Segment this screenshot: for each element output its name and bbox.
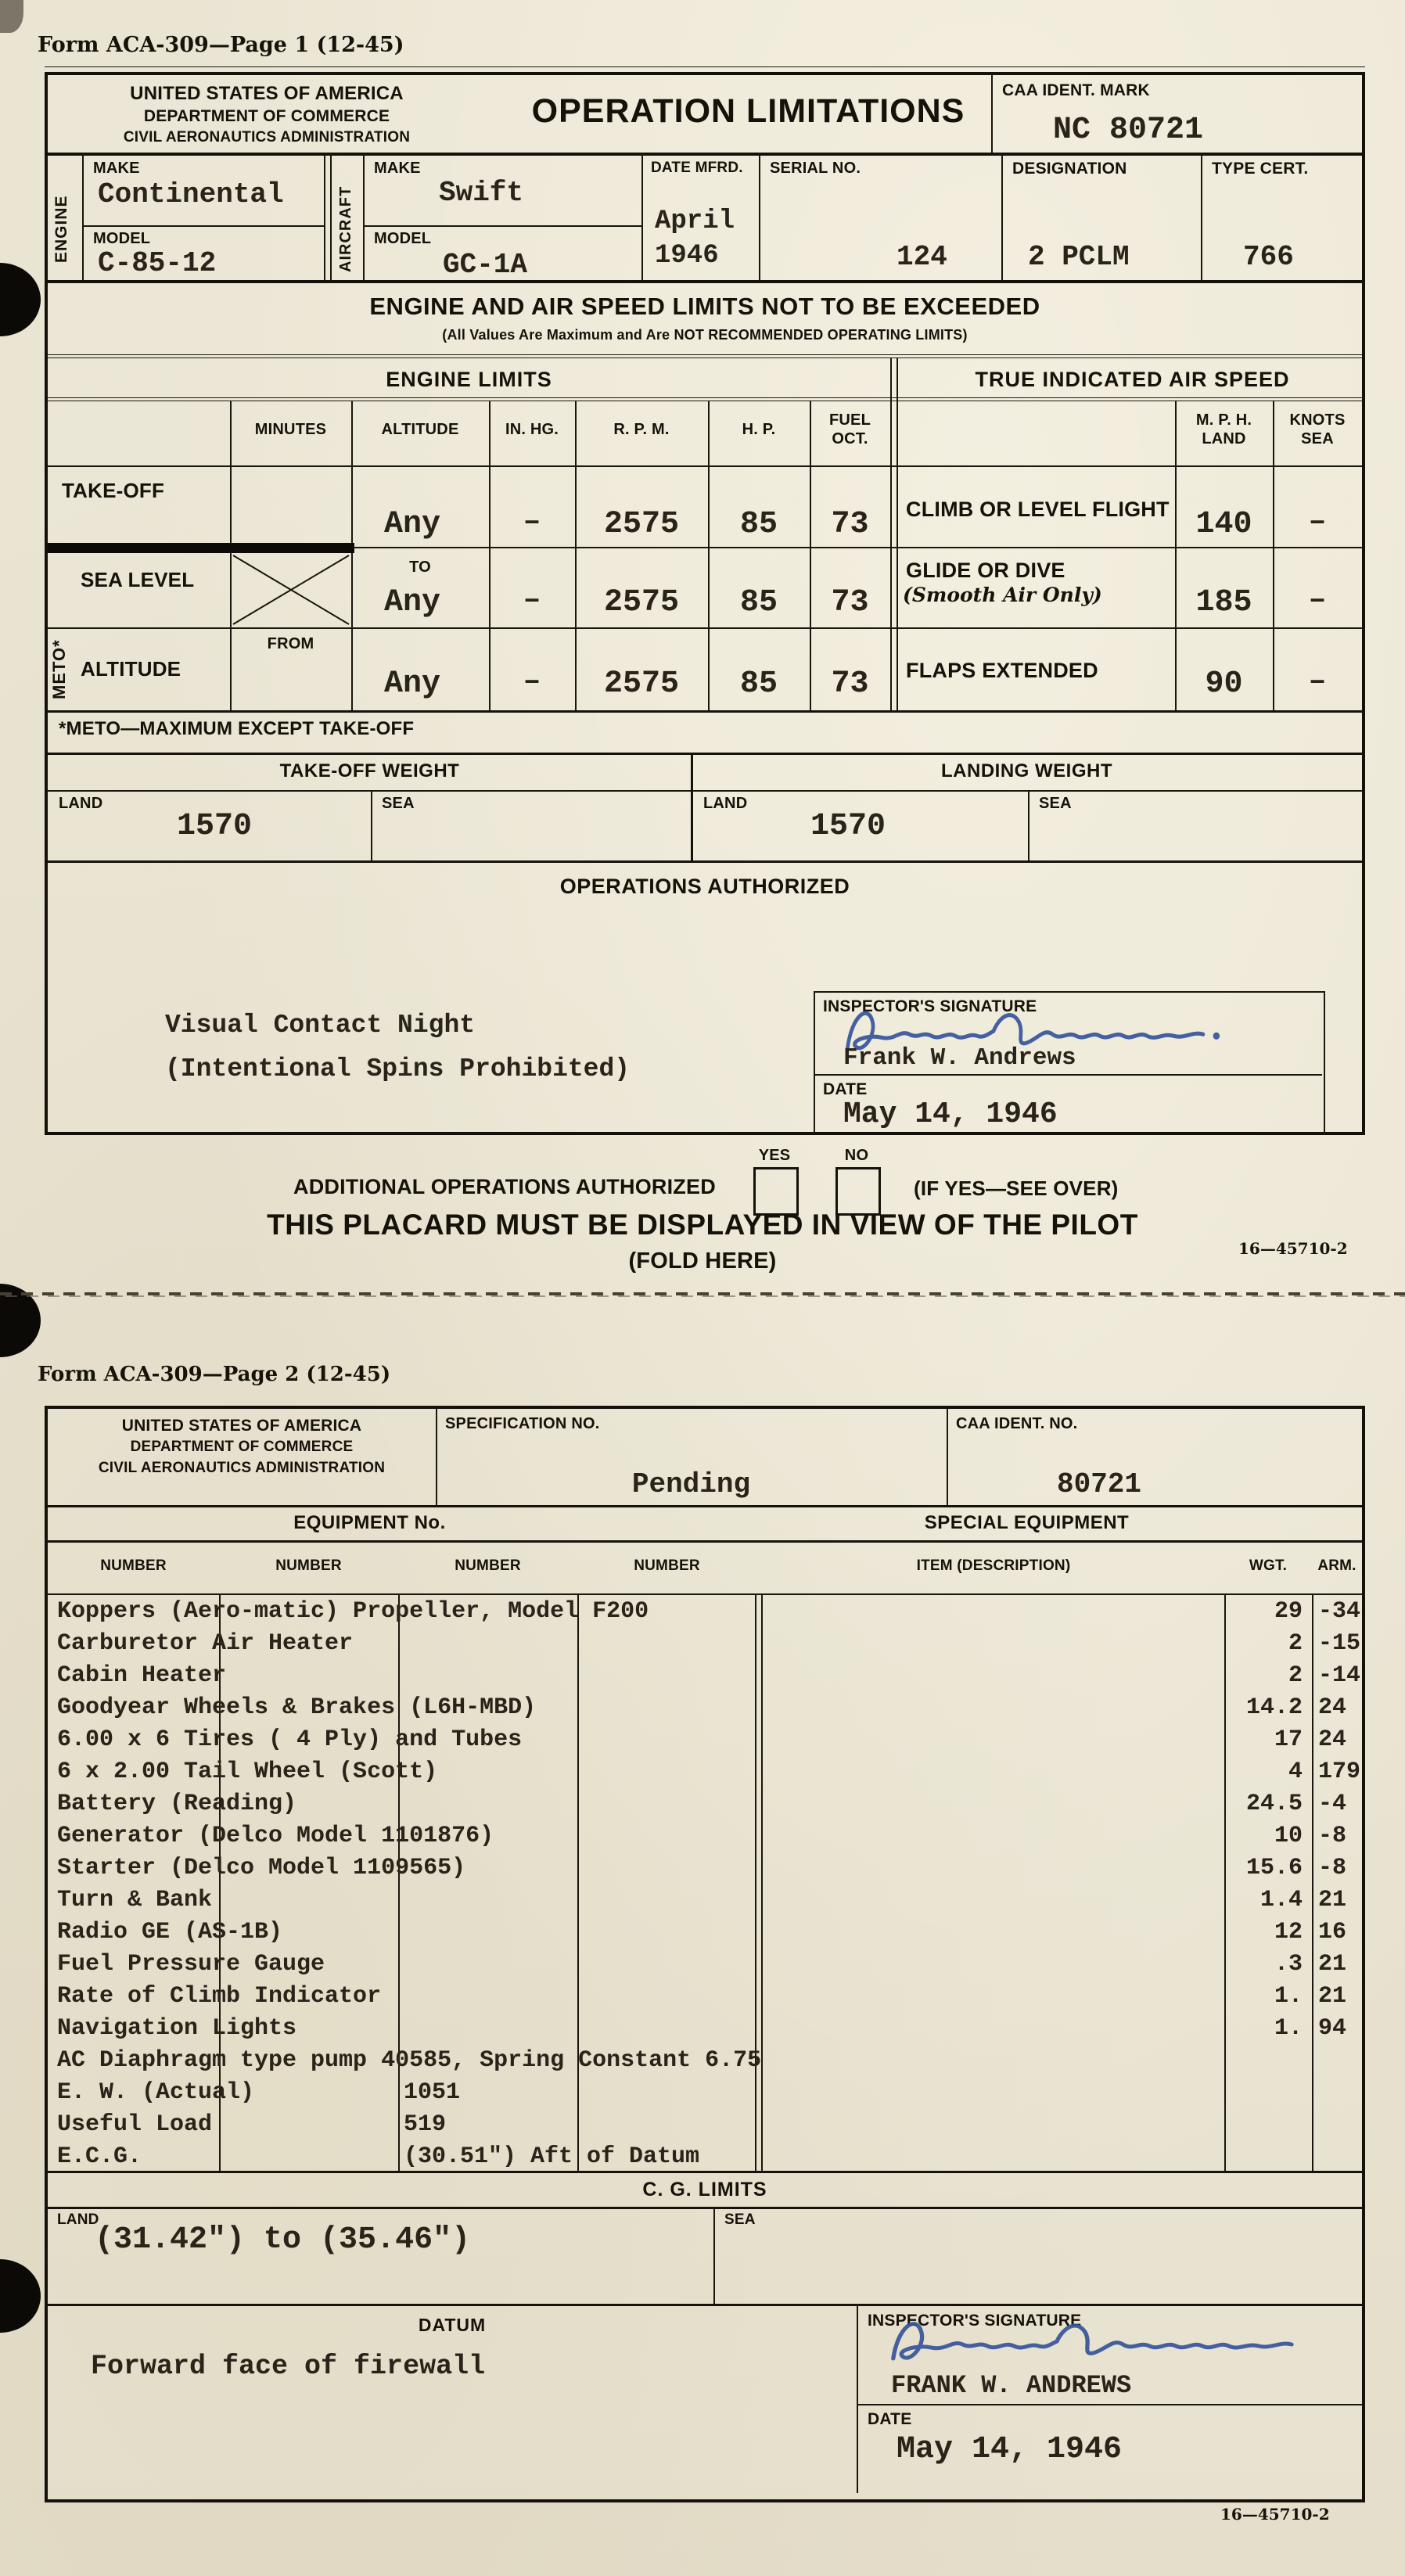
specification-value: Pending [436,1468,947,1500]
col-altitude: ALTITUDE [351,421,489,439]
page2-form-box: UNITED STATES OF AMERICA DEPARTMENT OF C… [45,1406,1365,2502]
sea-level-alt-prefix: TO [351,559,489,577]
rule-line [48,860,1362,863]
date-mfrd-label: DATE MFRD. [651,160,743,177]
meto-note: *METO—MAXIMUM EXCEPT TAKE-OFF [59,718,414,740]
agency-line1: UNITED STATES OF AMERICA [48,83,486,105]
equipment-arm: 94 [1318,2015,1346,2042]
glide-mph: 185 [1175,585,1273,620]
date-value: May 14, 1946 [897,2432,1122,2467]
sea-level-rpm: 2575 [575,585,708,620]
equipment-item: Turn & Bank [57,1887,212,1913]
rule-line [713,2207,715,2304]
caa-ident-no-value: 80721 [1057,1468,1141,1500]
equipment-arm: 16 [1318,1919,1346,1945]
sea-level-altitude: Any [384,585,440,620]
equipment-row: Cabin Heater 2 -14 [48,1659,1362,1691]
equipment-no-header: EQUIPMENT No. [48,1512,692,1534]
rule-line [48,354,1362,355]
equipment-arm: -14 [1318,1662,1360,1689]
caa-ident-mark-value: NC 80721 [1053,113,1203,148]
takeoff-altitude: Any [384,507,440,542]
equipment-wgt: 1. [1224,1983,1303,2010]
landing-land-label: LAND [703,795,747,813]
equipment-wgt: 1. [1224,2015,1303,2042]
glide-sublabel: (Smooth Air Only) [903,584,1102,606]
equipment-item: Koppers (Aero-matic) Propeller, Model F2… [57,1598,649,1625]
equipment-item: E. W. (Actual) [57,2079,254,2106]
col-mph-line2: LAND [1175,430,1273,448]
equipment-item: Starter (Delco Model 1109565) [57,1855,465,1881]
equipment-row: Koppers (Aero-matic) Propeller, Model F2… [48,1595,1362,1627]
equipment-item: 6 x 2.00 Tail Wheel (Scott) [57,1759,437,1785]
row-sea-level-label: SEA LEVEL [81,568,194,592]
inspector-name-typed: FRANK W. ANDREWS [891,2371,1131,2400]
equipment-arm: 24 [1318,1726,1346,1753]
date-mfrd-value-line2: 1946 [655,241,719,271]
rule-line [48,1505,1362,1507]
datum-value: Forward face of firewall [91,2351,485,2382]
rule-line [48,753,1362,755]
agency-line1: UNITED STATES OF AMERICA [48,1417,436,1435]
sea-level-fuel-oct: 73 [810,585,890,620]
caa-ident-mark-label: CAA IDENT. MARK [1002,81,1150,100]
takeoff-land-label: LAND [59,795,102,813]
climb-mph: 140 [1175,507,1273,542]
aircraft-section-label: AIRCRAFT [337,163,355,272]
number-col-header-4: NUMBER [577,1557,756,1575]
rule-line [1175,401,1177,710]
rule-line [890,357,892,710]
cg-land-label: LAND [57,2211,99,2229]
date-label: DATE [868,2410,911,2429]
item-description-header: ITEM (DESCRIPTION) [763,1557,1224,1575]
equipment-item: Goodyear Wheels & Brakes (L6H-MBD) [57,1694,536,1721]
equipment-arm: 179 [1318,1759,1360,1785]
inspector-signature-box: INSPECTOR'S SIGNATURE Frank W. Andrews D… [814,991,1325,1134]
rule-line [815,1074,1322,1076]
limits-subtitle: (All Values Are Maximum and Are NOT RECO… [48,327,1362,343]
cg-land-value: (31.42") to (35.46") [95,2222,470,2258]
date-label: DATE [823,1080,867,1099]
designation-value: 2 PCLM [1028,241,1130,273]
altitude-minutes: FROM [230,635,351,653]
equipment-wgt: 4 [1224,1759,1303,1785]
equipment-item: AC Diaphragm type pump 40585, Spring Con… [57,2047,761,2074]
rule-line [575,401,577,710]
equipment-item: Cabin Heater [57,1662,226,1689]
equipment-row: Navigation Lights 1. 94 [48,2012,1362,2044]
engine-make-label: MAKE [93,160,140,178]
special-equipment-header: SPECIAL EQUIPMENT [692,1512,1362,1534]
col-fuel-line2: OCT. [810,430,890,448]
takeoff-weight-header: TAKE-OFF WEIGHT [48,760,692,782]
equipment-wgt: 10 [1224,1823,1303,1849]
specification-label: SPECIFICATION NO. [445,1415,599,1433]
operations-header: OPERATIONS AUTHORIZED [48,875,1362,899]
rule-line [48,627,1362,629]
equipment-wgt: 24.5 [1224,1791,1303,1817]
equipment-item: Navigation Lights [57,2015,296,2042]
equipment-row: Turn & Bank 1.4 21 [48,1884,1362,1916]
equipment-wgt: 14.2 [1224,1694,1303,1721]
takeoff-sea-label: SEA [382,795,415,813]
equipment-wgt: 2 [1224,1662,1303,1689]
row-takeoff-label: TAKE-OFF [62,479,164,503]
takeoff-in-hg: – [489,505,575,539]
airspeed-header: TRUE INDICATED AIR SPEED [903,368,1362,392]
aircraft-model-value: GC-1A [443,249,527,281]
rule-line [351,547,1362,548]
equipment-table-body: Koppers (Aero-matic) Propeller, Model F2… [48,1593,1362,2171]
flaps-label: FLAPS EXTENDED [906,659,1098,683]
rule-line [641,153,643,280]
page1-form-number: Form ACA-309—Page 1 (12-45) [38,33,404,57]
rule-line [351,401,353,710]
equipment-item: Fuel Pressure Gauge [57,1951,325,1978]
equipment-row: E.C.G. (30.51") Aft of Datum [48,2140,1362,2172]
rule-line [48,153,1362,156]
equipment-item: Carburetor Air Heater [57,1630,353,1657]
flaps-knots: – [1273,665,1362,699]
climb-knots: – [1273,505,1362,539]
equipment-item: Battery (Reading) [57,1791,296,1817]
inspector-signature-script [882,2307,1320,2369]
equipment-row: 6 x 2.00 Tail Wheel (Scott) 4 179 [48,1755,1362,1787]
col-fuel-line1: FUEL [810,411,890,429]
rule-line [48,280,1362,283]
serial-no-label: SERIAL NO. [770,160,861,178]
takeoff-land-value: 1570 [177,809,252,844]
rule-line [48,397,1362,398]
equipment-wgt: 1.4 [1224,1887,1303,1913]
designation-label: DESIGNATION [1012,160,1127,178]
agency-block: UNITED STATES OF AMERICA DEPARTMENT OF C… [48,1417,436,1477]
rule-line [48,357,1362,358]
rule-line [1201,153,1202,280]
rule-line [1028,790,1029,860]
engine-model-label: MODEL [93,230,150,248]
aircraft-model-label: MODEL [374,230,431,248]
aircraft-make-label: MAKE [374,160,421,178]
rule-line [82,153,84,280]
equipment-arm: 24 [1318,1694,1346,1721]
rule-line [810,401,811,710]
operations-line2: (Intentional Spins Prohibited) [165,1054,630,1083]
equipment-row: 6.00 x 6 Tires ( 4 Ply) and Tubes 17 24 [48,1723,1362,1755]
number-col-header-1: NUMBER [48,1557,219,1575]
rule-line [489,401,490,710]
equipment-arm: 21 [1318,1887,1346,1913]
sea-level-hp: 85 [708,585,810,620]
scan-edge-mark [0,0,23,33]
cg-limits-header: C. G. LIMITS [48,2179,1362,2201]
no-label: NO [829,1147,884,1165]
col-knots-line2: SEA [1273,430,1362,448]
equipment-row: AC Diaphragm type pump 40585, Spring Con… [48,2044,1362,2076]
glide-label: GLIDE OR DIVE [906,559,1065,583]
landing-weight-header: LANDING WEIGHT [692,760,1362,782]
rule-line [1001,153,1003,280]
rule-line [48,2207,1362,2209]
operations-line1: Visual Contact Night [165,1011,475,1040]
page1-title: OPERATION LIMITATIONS [505,92,991,131]
rule-line [371,790,372,860]
rule-line [48,401,1362,401]
agency-line2: DEPARTMENT OF COMMERCE [48,1439,436,1456]
equipment-item: Useful Load [57,2111,212,2138]
equipment-item: Radio GE (AS-1B) [57,1919,282,1945]
type-cert-value: 766 [1243,241,1294,273]
serial-no-value: 124 [897,241,947,273]
equipment-row: Carburetor Air Heater 2 -15 [48,1627,1362,1659]
page2-print-code: 16—45710-2 [1220,2505,1330,2524]
takeoff-hp: 85 [708,507,810,542]
altitude-rpm: 2575 [575,666,708,702]
equipment-row: Fuel Pressure Gauge .3 21 [48,1948,1362,1980]
equipment-row: Useful Load 519 [48,2108,1362,2140]
page1-form-box: UNITED STATES OF AMERICA DEPARTMENT OF C… [45,72,1365,1135]
page1-print-code: 16—45710-2 [1238,1239,1348,1258]
col-minutes: MINUTES [230,421,351,439]
number-col-header-2: NUMBER [219,1557,398,1575]
rule-line [858,2404,1362,2405]
scanned-document: { "page1": { "form_number": "Form ACA-30… [0,0,1405,2576]
equipment-row: Generator (Delco Model 1101876) 10 -8 [48,1820,1362,1852]
perforation-line [5,1295,1405,1297]
additional-operations-label: ADDITIONAL OPERATIONS AUTHORIZED [293,1175,716,1199]
takeoff-rpm: 2575 [575,507,708,542]
equipment-row: E. W. (Actual) 1051 [48,2076,1362,2108]
equipment-wgt: .3 [1224,1951,1303,1978]
equipment-wgt: 17 [1224,1726,1303,1753]
equipment-item: 6.00 x 6 Tires ( 4 Ply) and Tubes [57,1726,522,1753]
equipment-wgt: 12 [1224,1919,1303,1945]
heavy-divider-bar [48,543,354,553]
rule-line [857,2304,858,2493]
if-yes-note: (IF YES—SEE OVER) [914,1177,1119,1201]
engine-make-value: Continental [98,178,284,210]
equipment-item: E.C.G. [57,2143,142,2170]
agency-block: UNITED STATES OF AMERICA DEPARTMENT OF C… [48,83,486,146]
date-value: May 14, 1946 [843,1098,1058,1131]
equipment-item-value: 1051 [404,2079,460,2106]
flaps-mph: 90 [1175,666,1273,702]
equipment-item-value: (30.51") Aft of Datum [404,2143,699,2170]
caa-ident-no-label: CAA IDENT. NO. [956,1415,1077,1433]
rule-line [324,153,325,280]
equipment-wgt: 15.6 [1224,1855,1303,1881]
inspector-name-typed: Frank W. Andrews [843,1044,1076,1072]
altitude-hp: 85 [708,666,810,702]
equipment-wgt: 2 [1224,1630,1303,1657]
equipment-row: Rate of Climb Indicator 1. 21 [48,1980,1362,2012]
arm-header: ARM. [1312,1557,1362,1575]
engine-section-label: ENGINE [52,169,71,263]
rule-line [45,66,1365,67]
wgt-header: WGT. [1224,1557,1312,1575]
yes-label: YES [747,1147,802,1165]
page2-form-number: Form ACA-309—Page 2 (12-45) [38,1363,390,1386]
meto-vertical-label: METO* [49,566,70,699]
equipment-arm: -8 [1318,1823,1346,1849]
glide-knots: – [1273,584,1362,617]
equipment-item: Rate of Climb Indicator [57,1983,381,2010]
col-knots-line1: KNOTS [1273,411,1362,429]
col-in-hg: IN. HG. [489,421,575,439]
takeoff-fuel-oct: 73 [810,507,890,542]
equipment-arm: 21 [1318,1951,1346,1978]
punch-hole-mark [0,263,41,336]
number-col-header-3: NUMBER [398,1557,577,1575]
sea-level-in-hg: – [489,584,575,617]
rule-line [48,2171,1362,2173]
rule-line [48,790,1362,792]
engine-limits-header: ENGINE LIMITS [48,368,890,392]
datum-header: DATUM [48,2315,857,2336]
rule-line [330,153,332,280]
agency-line3: CIVIL AERONAUTICS ADMINISTRATION [48,1460,436,1477]
landing-sea-label: SEA [1039,795,1072,813]
fold-here-label: (FOLD HERE) [0,1248,1405,1274]
altitude-in-hg: – [489,665,575,699]
col-hp: H. P. [708,421,810,439]
rule-line [82,225,324,227]
equipment-row: Goodyear Wheels & Brakes (L6H-MBD) 14.2 … [48,1691,1362,1723]
rule-line [48,465,1362,467]
rule-line [1273,401,1274,710]
type-cert-label: TYPE CERT. [1212,160,1308,178]
rule-line [48,2304,1362,2306]
col-rpm: R. P. M. [575,421,708,439]
equipment-arm: -15 [1318,1630,1360,1657]
rule-line [48,710,1362,713]
rule-line [947,1409,948,1505]
cg-sea-label: SEA [724,2211,756,2229]
altitude-altitude: Any [384,666,440,702]
agency-line3: CIVIL AERONAUTICS ADMINISTRATION [48,129,486,146]
agency-line2: DEPARTMENT OF COMMERCE [48,107,486,126]
equipment-arm: 21 [1318,1983,1346,2010]
col-mph-line1: M. P. H. [1175,411,1273,429]
altitude-fuel-oct: 73 [810,666,890,702]
equipment-arm: -34 [1318,1598,1360,1625]
rule-line [759,153,760,280]
equipment-item-value: 519 [404,2111,446,2138]
equipment-row: Battery (Reading) 24.5 -4 [48,1787,1362,1820]
rule-line [991,75,993,153]
engine-model-value: C-85-12 [98,247,216,279]
equipment-item: Generator (Delco Model 1101876) [57,1823,494,1849]
equipment-arm: -8 [1318,1855,1346,1881]
rule-line [708,401,710,710]
equipment-wgt: 29 [1224,1598,1303,1625]
landing-land-value: 1570 [810,809,886,844]
rule-line [363,225,641,227]
crossed-out-cell-x [232,554,350,626]
row-altitude-label: ALTITUDE [81,657,181,681]
punch-hole-mark [0,2259,41,2333]
rule-line [691,753,693,860]
placard-notice: THIS PLACARD MUST BE DISPLAYED IN VIEW O… [0,1209,1405,1241]
limits-title: ENGINE AND AIR SPEED LIMITS NOT TO BE EX… [48,293,1362,321]
rule-line [48,1540,1362,1543]
aircraft-make-value: Swift [439,177,523,209]
equipment-arm: -4 [1318,1791,1346,1817]
climb-label: CLIMB OR LEVEL FLIGHT [906,498,1170,522]
rule-line [897,357,898,710]
date-mfrd-value-line1: April [655,207,735,236]
rule-line [363,153,365,280]
equipment-row: Starter (Delco Model 1109565) 15.6 -8 [48,1852,1362,1884]
equipment-row: Radio GE (AS-1B) 12 16 [48,1916,1362,1948]
